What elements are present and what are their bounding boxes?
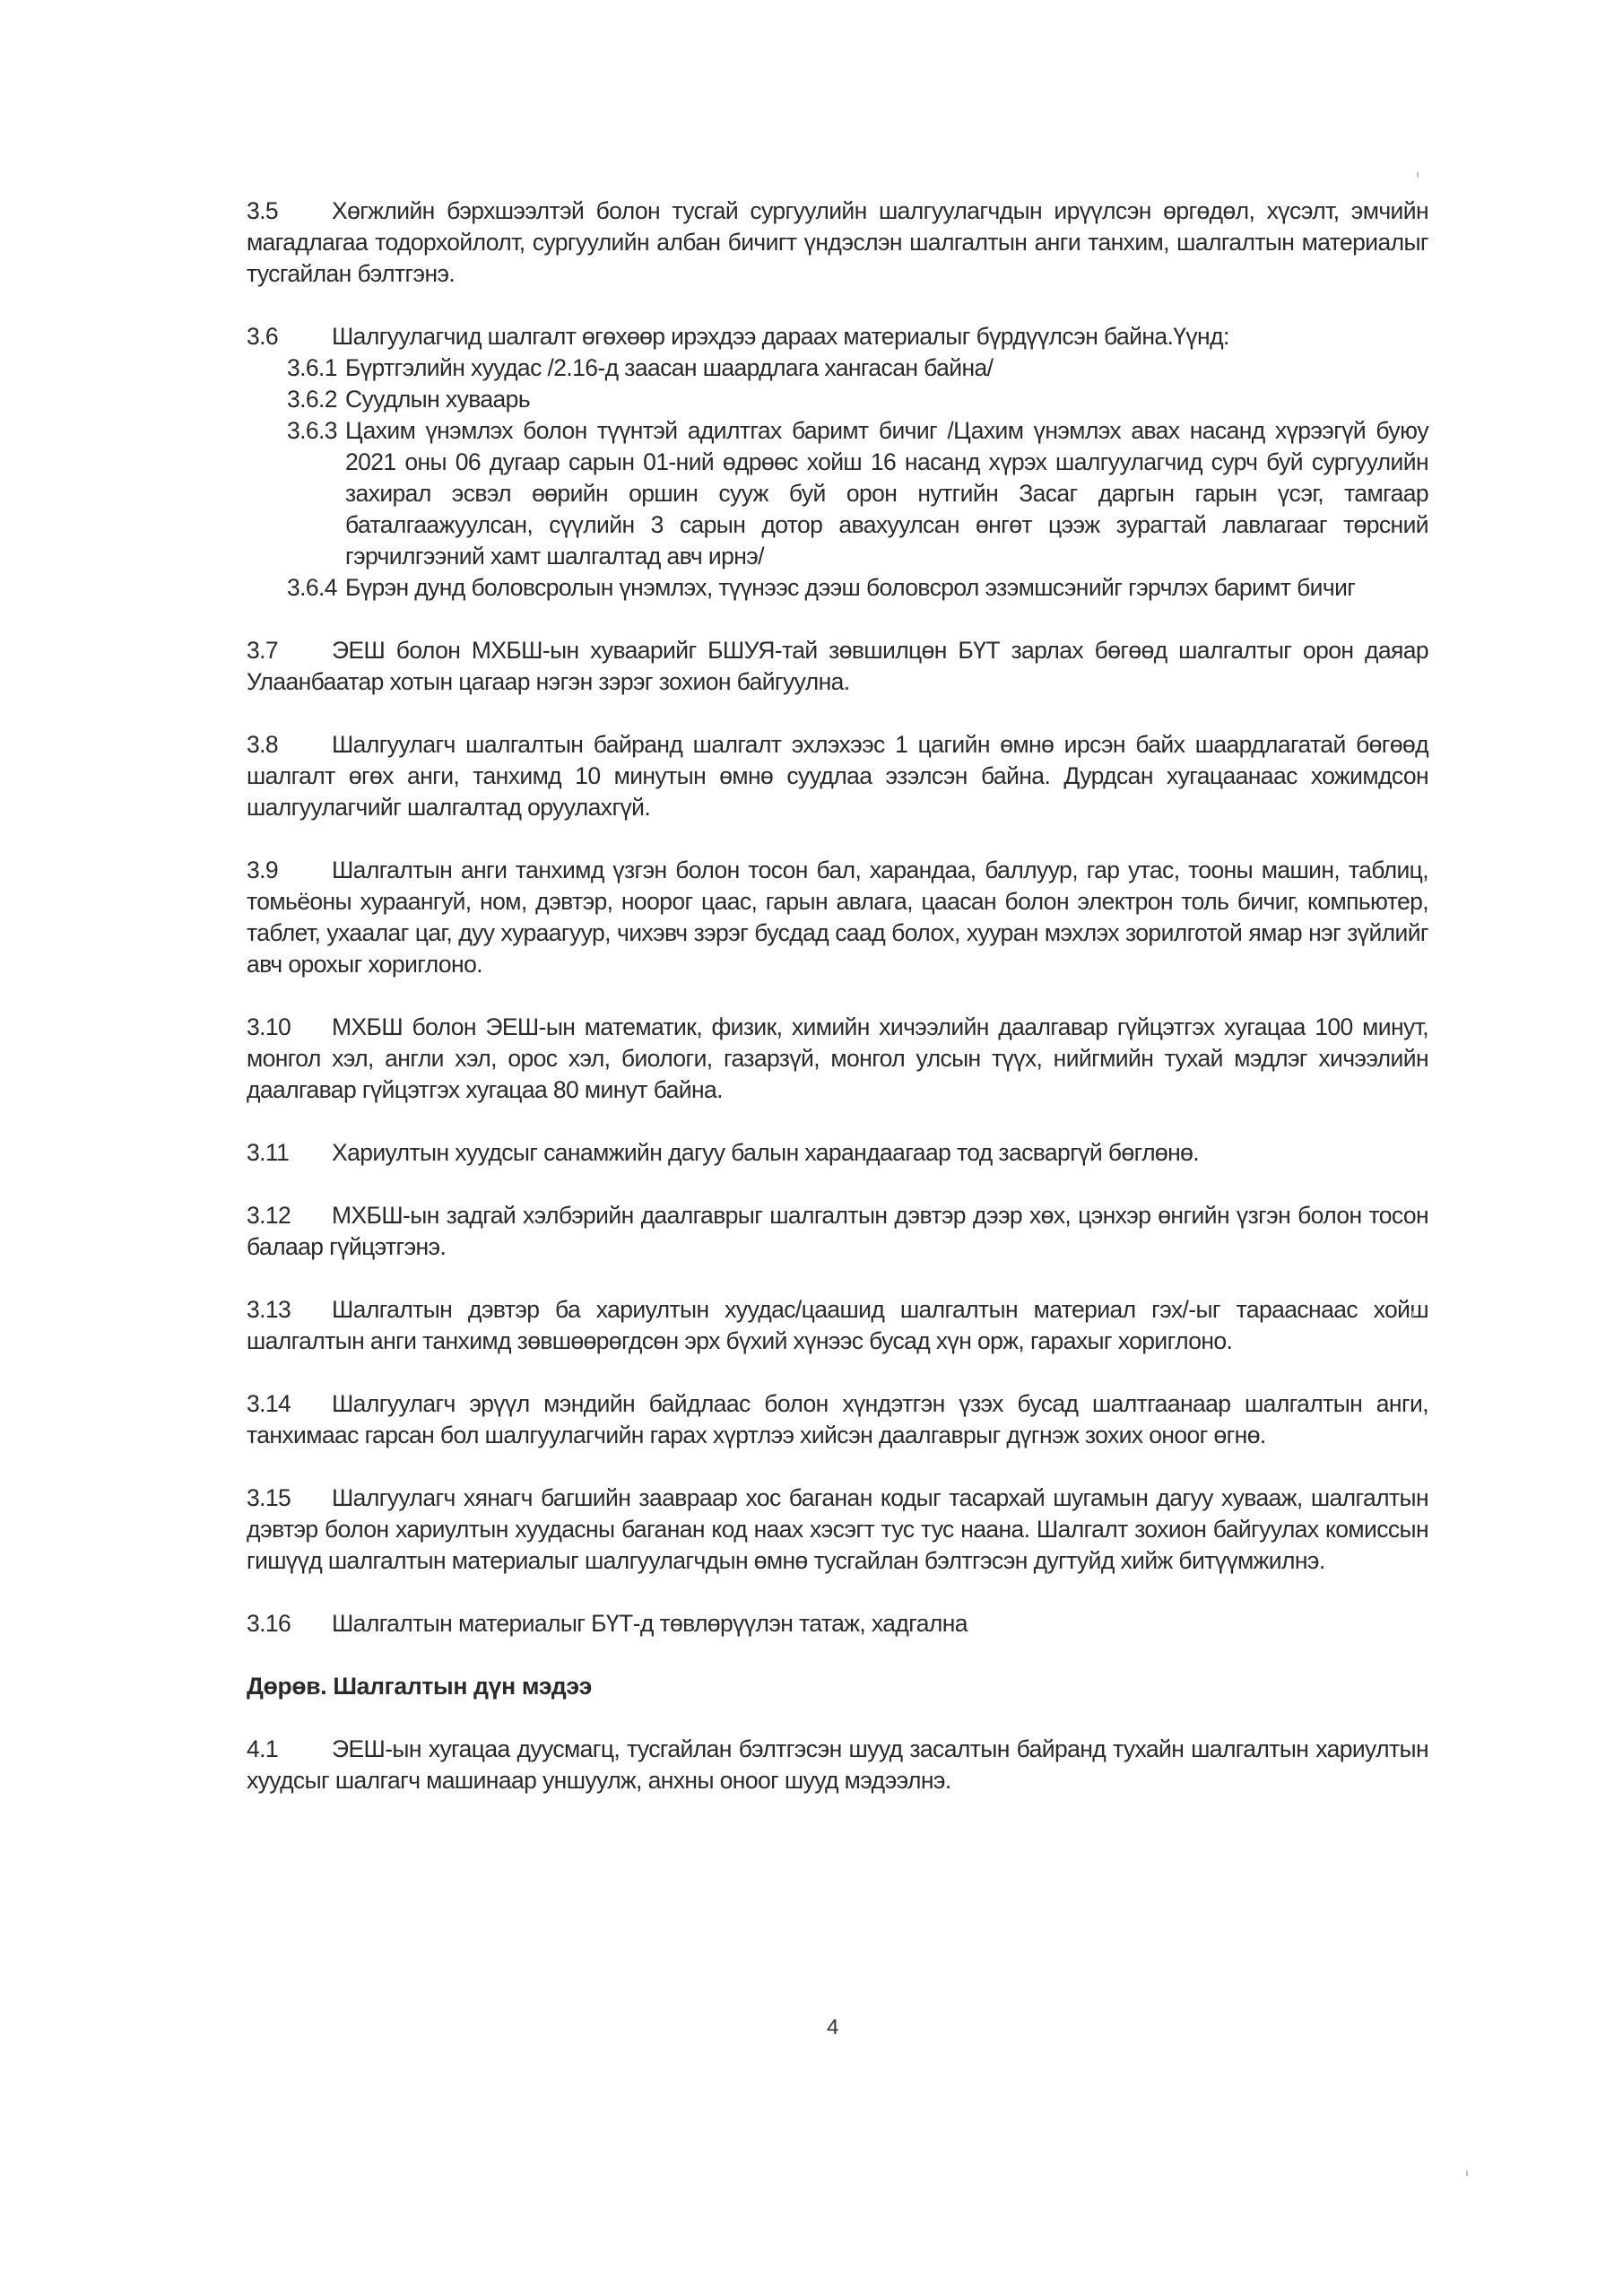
section-3-6: 3.6Шалгуулагчид шалгалт өгөхөөр ирэхдээ …	[247, 321, 1428, 352]
section-3-7: 3.7ЭЕШ болон МХБШ-ын хуваарийг БШУЯ-тай …	[247, 635, 1428, 698]
section-number: 3.13	[247, 1294, 332, 1326]
section-text: Шалгалтын дэвтэр ба хариултын хуудас/цаа…	[247, 1296, 1428, 1354]
page-number: 4	[827, 2015, 838, 2040]
section-text: ЭЕШ болон МХБШ-ын хуваарийг БШУЯ-тай зөв…	[247, 637, 1428, 695]
section-3-5: 3.5Хөгжлийн бэрхшээлтэй болон тусгай сур…	[247, 196, 1428, 290]
section-heading-4: Дөрөв. Шалгалтын дүн мэдээ	[247, 1671, 1428, 1702]
item-text: Бүрэн дунд боловсролын үнэмлэх, түүнээс …	[345, 574, 1355, 601]
item-text: Бүртгэлийн хуудас /2.16-д заасан шаардла…	[345, 354, 993, 381]
section-4-1: 4.1ЭЕШ-ын хугацаа дуусмагц, тусгайлан бэ…	[247, 1734, 1428, 1796]
section-3-16: 3.16Шалгалтын материалыг БҮТ-д төвлөрүүл…	[247, 1608, 1428, 1639]
section-number: 3.14	[247, 1388, 332, 1420]
section-3-10: 3.10МХБШ болон ЭЕШ-ын математик, физик, …	[247, 1012, 1428, 1106]
item-number: 3.6.4	[287, 572, 337, 604]
section-number: 3.12	[247, 1200, 332, 1231]
section-number: 3.9	[247, 855, 332, 886]
section-number: 3.11	[247, 1137, 332, 1169]
section-3-12: 3.12МХБШ-ын задгай хэлбэрийн даалгаврыг …	[247, 1200, 1428, 1263]
scan-speck	[1412, 1311, 1414, 1317]
section-number: 3.7	[247, 635, 332, 666]
section-3-8: 3.8Шалгуулагч шалгалтын байранд шалгалт …	[247, 729, 1428, 823]
section-3-14: 3.14Шалгуулагч эрүүл мэндийн байдлаас бо…	[247, 1388, 1428, 1451]
section-number: 3.6	[247, 321, 332, 352]
section-text: Шалгуулагч хянагч багшийн заавраар хос б…	[247, 1484, 1428, 1574]
item-text: Суудлын хуваарь	[345, 386, 530, 413]
document-body: 3.5Хөгжлийн бэрхшээлтэй болон тусгай сур…	[247, 196, 1428, 1828]
item-text: Цахим үнэмлэх болон түүнтэй адилтгах бар…	[345, 417, 1428, 570]
section-text: Шалгуулагчид шалгалт өгөхөөр ирэхдээ дар…	[332, 323, 1229, 350]
item-number: 3.6.2	[287, 384, 337, 415]
item-number: 3.6.3	[287, 415, 337, 447]
list-item: 3.6.3Цахим үнэмлэх болон түүнтэй адилтга…	[247, 415, 1428, 572]
section-text: Шалгалтын материалыг БҮТ-д төвлөрүүлэн т…	[332, 1610, 968, 1637]
section-3-9: 3.9Шалгалтын анги танхимд үзгэн болон то…	[247, 855, 1428, 980]
section-3-11: 3.11Хариултын хуудсыг санамжийн дагуу ба…	[247, 1137, 1428, 1169]
section-number: 3.5	[247, 196, 332, 227]
section-text: МХБШ-ын задгай хэлбэрийн даалгаврыг шалг…	[247, 1202, 1428, 1260]
section-number: 3.15	[247, 1483, 332, 1514]
list-item: 3.6.2Суудлын хуваарь	[247, 384, 1428, 415]
section-3-13: 3.13Шалгалтын дэвтэр ба хариултын хуудас…	[247, 1294, 1428, 1357]
section-number: 3.10	[247, 1012, 332, 1043]
section-text: Шалгуулагч шалгалтын байранд шалгалт эхл…	[247, 731, 1428, 821]
section-3-6-items: 3.6.1Бүртгэлийн хуудас /2.16-д заасан ша…	[247, 352, 1428, 604]
section-text: МХБШ болон ЭЕШ-ын математик, физик, хими…	[247, 1013, 1428, 1103]
section-text: Хөгжлийн бэрхшээлтэй болон тусгай сургуу…	[247, 197, 1428, 287]
item-number: 3.6.1	[287, 352, 337, 384]
scan-speck	[1417, 172, 1419, 178]
section-text: Шалгуулагч эрүүл мэндийн байдлаас болон …	[247, 1390, 1428, 1448]
section-text: Шалгалтын анги танхимд үзгэн болон тосон…	[247, 857, 1428, 978]
scan-speck	[1466, 2170, 1468, 2176]
section-number: 3.16	[247, 1608, 332, 1639]
document-page: 3.5Хөгжлийн бэрхшээлтэй болон тусгай сур…	[0, 0, 1623, 2296]
section-number: 3.8	[247, 729, 332, 761]
section-number: 4.1	[247, 1734, 332, 1765]
section-text: ЭЕШ-ын хугацаа дуусмагц, тусгайлан бэлтг…	[247, 1735, 1428, 1794]
section-text: Хариултын хуудсыг санамжийн дагуу балын …	[332, 1139, 1199, 1166]
section-3-15: 3.15Шалгуулагч хянагч багшийн заавраар х…	[247, 1483, 1428, 1577]
list-item: 3.6.1Бүртгэлийн хуудас /2.16-д заасан ша…	[247, 352, 1428, 384]
list-item: 3.6.4Бүрэн дунд боловсролын үнэмлэх, түү…	[247, 572, 1428, 604]
